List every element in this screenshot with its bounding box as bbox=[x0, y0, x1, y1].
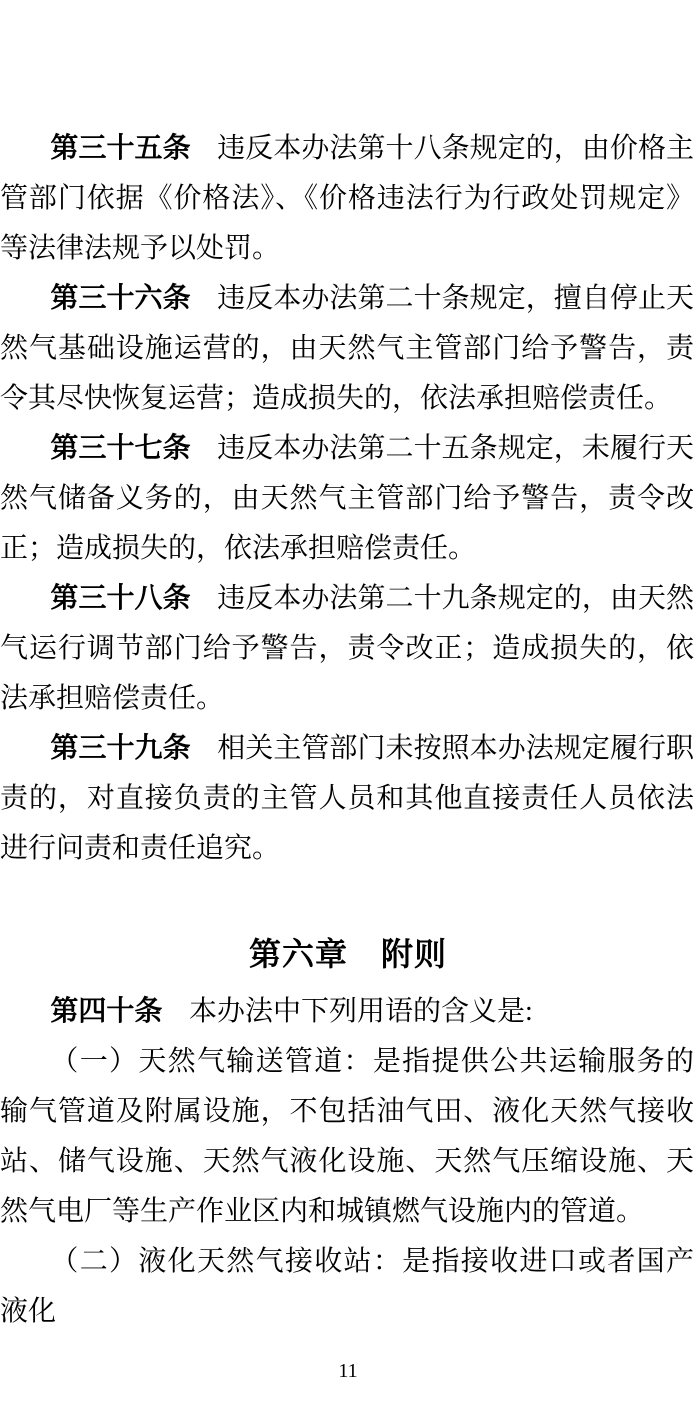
article-paragraph-38: 第三十八条违反本办法第二十九条规定的，由天然气运行调节部门给予警告，责令改正；造… bbox=[0, 574, 696, 724]
document-page: 第三十五条违反本办法第十八条规定的，由价格主管部门依据《价格法》、《价格违法行为… bbox=[0, 0, 696, 1415]
definition-text: （一）天然气输送管道：是指提供公共运输服务的输气管道及附属设施，不包括油气田、液… bbox=[0, 1046, 694, 1227]
article-paragraph-40: 第四十条本办法中下列用语的含义是: bbox=[0, 987, 696, 1037]
article-number: 第三十六条 bbox=[50, 283, 190, 314]
article-paragraph-35: 第三十五条违反本办法第十八条规定的，由价格主管部门依据《价格法》、《价格违法行为… bbox=[0, 124, 696, 274]
definition-text: （二）液化天然气接收站：是指接收进口或者国产液化 bbox=[0, 1246, 694, 1327]
article-number: 第四十条 bbox=[50, 996, 162, 1027]
article-paragraph-37: 第三十七条违反本办法第二十五条规定，未履行天然气储备义务的，由天然气主管部门给予… bbox=[0, 424, 696, 574]
article-number: 第三十七条 bbox=[50, 433, 190, 464]
definition-paragraph-1: （一）天然气输送管道：是指提供公共运输服务的输气管道及附属设施，不包括油气田、液… bbox=[0, 1037, 696, 1237]
page-number: 11 bbox=[0, 1359, 696, 1383]
article-number: 第三十九条 bbox=[50, 733, 190, 764]
article-paragraph-36: 第三十六条违反本办法第二十条规定，擅自停止天然气基础设施运营的，由天然气主管部门… bbox=[0, 274, 696, 424]
document-body: 第三十五条违反本办法第十八条规定的，由价格主管部门依据《价格法》、《价格违法行为… bbox=[0, 0, 696, 1383]
article-number: 第三十五条 bbox=[50, 133, 190, 164]
article-paragraph-39: 第三十九条相关主管部门未按照本办法规定履行职责的，对直接负责的主管人员和其他直接… bbox=[0, 724, 696, 874]
article-text: 本办法中下列用语的含义是: bbox=[189, 996, 533, 1027]
definition-paragraph-2: （二）液化天然气接收站：是指接收进口或者国产液化 bbox=[0, 1237, 696, 1337]
article-number: 第三十八条 bbox=[50, 583, 190, 614]
chapter-heading: 第六章 附则 bbox=[0, 929, 696, 979]
